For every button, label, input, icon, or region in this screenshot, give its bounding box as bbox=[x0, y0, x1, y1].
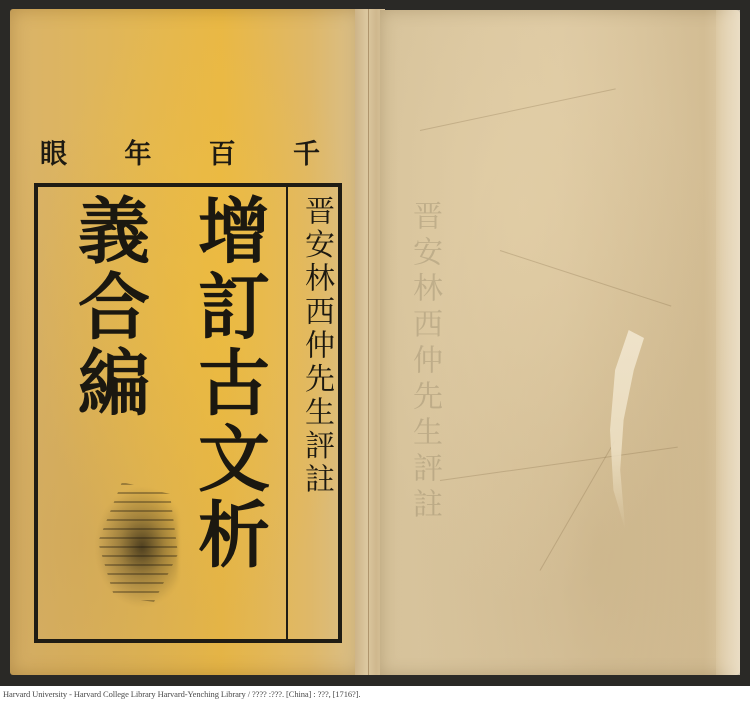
spine-fold-line bbox=[368, 9, 369, 675]
title-frame: 晋安林西仲先生評註 增訂古文析 義合編 bbox=[34, 183, 342, 643]
header-char: 年 bbox=[124, 137, 151, 173]
header-char: 眼 bbox=[40, 137, 67, 173]
header-char: 千 bbox=[293, 137, 320, 173]
title-main: 增訂古文析 bbox=[178, 193, 278, 573]
crease bbox=[420, 88, 616, 131]
cover-header: 千 百 年 眼 bbox=[30, 137, 330, 173]
scanned-image: 晋安林西仲先生評註 千 百 年 眼 晋安林西仲先生評註 增訂古文析 義合編 bbox=[0, 0, 750, 686]
crease bbox=[500, 250, 671, 307]
image-caption: Harvard University - Harvard College Lib… bbox=[3, 689, 360, 699]
crease bbox=[440, 447, 678, 481]
title-sub: 義合編 bbox=[58, 193, 158, 421]
page-edge bbox=[716, 10, 740, 675]
frame-divider bbox=[286, 187, 288, 639]
paper-tear bbox=[610, 330, 644, 530]
header-char: 百 bbox=[209, 137, 236, 173]
bleedthrough-text: 晋安林西仲先生評註 bbox=[404, 200, 444, 524]
author-line: 晋安林西仲先生評註 bbox=[294, 195, 338, 497]
book-page-right: 晋安林西仲先生評註 bbox=[380, 10, 740, 675]
